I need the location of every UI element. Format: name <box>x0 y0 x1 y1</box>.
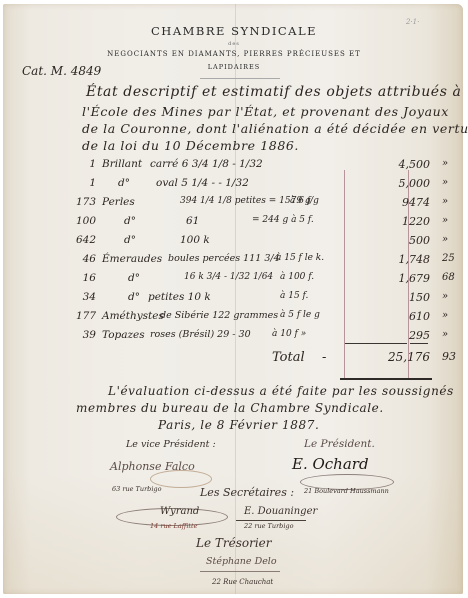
item-row: 39Topazes roses (Brésil) 29 - 30à 10 f »… <box>0 329 468 347</box>
president-label: Le Président. <box>304 438 375 450</box>
total-double-rule <box>340 378 432 380</box>
secretary2-address: 22 rue Turbigo <box>244 522 294 530</box>
secretary2-signature: E. Douaninger <box>244 506 317 517</box>
closing-line-1: L'évaluation ci-dessus a été faite par l… <box>108 384 454 398</box>
signature-underline <box>200 571 280 572</box>
sum-rule-francs <box>345 343 407 344</box>
preamble-line-4: de la loi du 10 Décembre 1886. <box>82 138 299 153</box>
sum-rule-cents <box>410 343 428 344</box>
letterhead-des: des <box>0 41 468 47</box>
letterhead-title: CHAMBRE SYNDICALE <box>0 24 468 38</box>
corner-mark: 2·1· <box>406 18 419 26</box>
signature-underline <box>236 520 306 521</box>
treasurer-address: 22 Rue Chauchat <box>212 578 273 586</box>
secretary1-signature: Wyrand <box>160 506 199 517</box>
total-cents: 93 <box>442 350 456 363</box>
item-row: 16d° 16 k 3/4 - 1/32 1/64à 100 f. 1,6796… <box>0 272 468 290</box>
item-row: 642d° 100 k 500» <box>0 234 468 252</box>
total-row: Total - 25,176 93 <box>0 350 468 368</box>
item-row: 173Perles 394 1/4 1/8 petites = 1579 gà … <box>0 196 468 214</box>
item-row: 46Émeraudes boules percées 111 3/4à 15 f… <box>0 253 468 271</box>
president-address: 21 Boulevard Haussmann <box>304 487 389 495</box>
treasurer-signature: Stéphane Delo <box>206 556 277 567</box>
vice-president-label: Le vice Président : <box>126 439 216 450</box>
secretaries-label: Les Secrétaires : <box>200 486 294 499</box>
closing-line-2: membres du bureau de la Chambre Syndical… <box>76 401 384 415</box>
letterhead-subtitle: NEGOCIANTS EN DIAMANTS, PIERRES PRÉCIEUS… <box>0 50 468 58</box>
treasurer-label: Le Trésorier <box>196 536 272 550</box>
place-date: Paris, le 8 Février 1887. <box>158 418 319 432</box>
catalog-reference: Cat. M. 4849 <box>22 64 101 78</box>
item-row: 34d° petites 10 kà 15 f. 150» <box>0 291 468 309</box>
item-row: 1Brillant carré 6 3/4 1/8 - 1/32 4,500» <box>0 158 468 176</box>
item-row: 100d° 61= 244 g à 5 f. 1220» <box>0 215 468 233</box>
preamble-line-2: l'École des Mines par l'État, et provena… <box>82 104 449 119</box>
letterhead-rule <box>200 78 280 79</box>
total-label: Total <box>272 350 305 365</box>
vice-president-address: 63 rue Turbigo <box>112 485 162 493</box>
item-row: 1d° oval 5 1/4 - - 1/32 5,000» <box>0 177 468 195</box>
preamble-line-1: État descriptif et estimatif des objets … <box>86 84 461 100</box>
total-francs: 25,176 <box>350 350 430 364</box>
item-row: 177Améthystes de Sibérie 122 grammesà 5 … <box>0 310 468 328</box>
preamble-line-3: de la Couronne, dont l'aliénation a été … <box>82 121 468 136</box>
secretary1-address: 14 rue Laffitte <box>150 522 198 530</box>
president-signature: E. Ochard <box>292 455 369 473</box>
